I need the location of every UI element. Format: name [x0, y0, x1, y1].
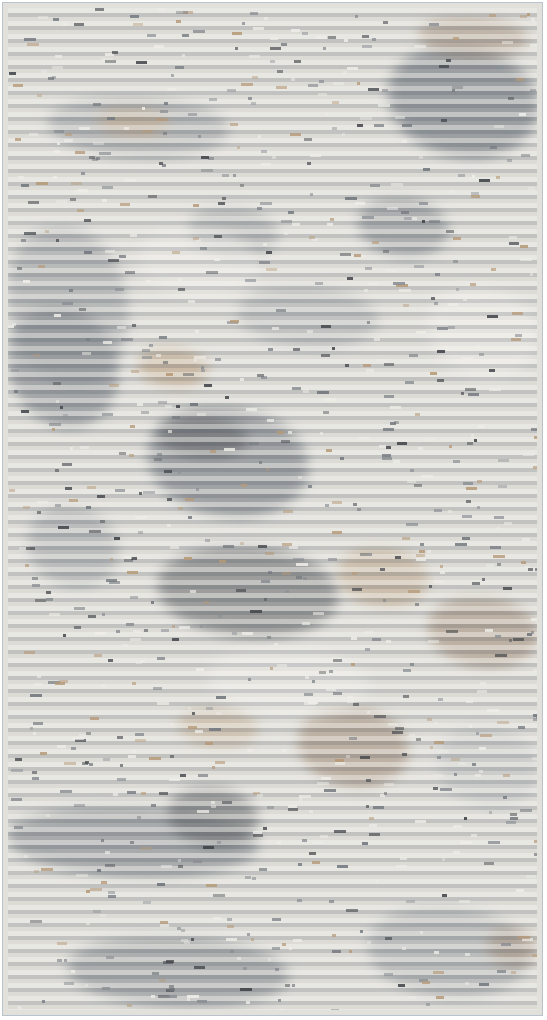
- texture-speck: [86, 732, 91, 735]
- texture-speck: [400, 857, 407, 860]
- texture-speck: [293, 348, 300, 351]
- texture-speck: [157, 453, 162, 456]
- texture-speck: [116, 630, 120, 633]
- texture-speck: [62, 302, 73, 305]
- texture-speck: [38, 16, 48, 19]
- texture-speck: [342, 133, 345, 136]
- texture-speck: [197, 1000, 207, 1003]
- texture-speck: [508, 97, 514, 100]
- texture-speck: [282, 572, 291, 575]
- texture-speck: [275, 968, 279, 971]
- texture-speck: [167, 498, 172, 501]
- texture-speck: [240, 988, 252, 991]
- texture-speck: [421, 475, 433, 478]
- texture-speck: [171, 74, 174, 77]
- texture-speck: [175, 66, 184, 69]
- texture-speck: [470, 283, 476, 286]
- texture-speck: [319, 80, 324, 83]
- texture-speck: [321, 777, 331, 780]
- texture-speck: [349, 737, 357, 740]
- texture-speck: [329, 670, 333, 673]
- texture-speck: [396, 865, 407, 868]
- texture-speck: [74, 804, 85, 807]
- texture-speck: [372, 38, 376, 41]
- texture-speck: [112, 51, 118, 54]
- texture-speck: [346, 755, 350, 758]
- texture-speck: [140, 847, 152, 850]
- texture-speck: [332, 950, 341, 953]
- texture-speck: [188, 726, 197, 729]
- texture-speck: [530, 273, 533, 276]
- texture-speck: [512, 312, 523, 315]
- texture-speck: [251, 938, 254, 941]
- texture-speck: [178, 507, 183, 510]
- texture-speck: [48, 77, 54, 80]
- texture-speck: [323, 411, 329, 414]
- texture-speck: [56, 239, 59, 242]
- texture-speck: [100, 914, 106, 917]
- texture-speck: [56, 400, 59, 403]
- texture-speck: [420, 931, 423, 934]
- texture-speck: [93, 103, 101, 106]
- texture-speck: [393, 460, 400, 463]
- texture-speck: [352, 572, 357, 575]
- texture-speck: [204, 601, 209, 604]
- texture-speck: [465, 388, 476, 391]
- texture-speck: [107, 117, 115, 120]
- texture-speck: [429, 220, 440, 223]
- texture-speck: [362, 216, 374, 219]
- texture-speck: [115, 288, 124, 291]
- texture-speck: [74, 626, 81, 629]
- texture-speck: [426, 1003, 430, 1006]
- texture-speck: [386, 640, 391, 643]
- texture-speck: [516, 889, 524, 892]
- texture-speck: [119, 255, 126, 258]
- texture-speck: [465, 953, 470, 956]
- texture-speck: [391, 183, 403, 186]
- texture-speck: [373, 806, 384, 809]
- texture-speck: [324, 398, 336, 401]
- texture-speck: [347, 277, 353, 280]
- texture-speck: [164, 102, 168, 105]
- texture-speck: [55, 55, 62, 58]
- texture-speck: [77, 209, 84, 212]
- texture-speck: [330, 218, 334, 221]
- texture-speck: [507, 159, 512, 162]
- texture-speck: [308, 84, 318, 87]
- texture-speck: [433, 580, 444, 583]
- texture-speck: [57, 942, 67, 945]
- texture-speck: [232, 32, 242, 35]
- texture-speck: [194, 356, 206, 359]
- texture-speck: [21, 184, 29, 187]
- texture-speck: [263, 243, 267, 246]
- texture-speck: [408, 590, 420, 593]
- texture-speck: [248, 678, 251, 681]
- texture-speck: [506, 821, 516, 824]
- texture-speck: [260, 202, 272, 205]
- texture-speck: [153, 687, 162, 690]
- texture-speck: [422, 981, 430, 984]
- texture-speck: [433, 787, 438, 790]
- texture-speck: [141, 792, 146, 795]
- texture-speck: [197, 413, 206, 416]
- texture-speck: [323, 47, 326, 50]
- texture-speck: [302, 622, 310, 625]
- texture-speck: [24, 38, 36, 41]
- texture-speck: [268, 571, 272, 574]
- texture-speck: [365, 267, 372, 270]
- texture-speck: [169, 988, 175, 991]
- texture-speck: [70, 198, 76, 201]
- texture-speck: [151, 804, 156, 807]
- texture-speck: [30, 727, 33, 730]
- texture-speck: [410, 663, 414, 666]
- texture-speck: [84, 251, 92, 254]
- texture-speck: [211, 801, 215, 804]
- texture-speck: [109, 384, 119, 387]
- texture-speck: [326, 449, 332, 452]
- texture-speck: [166, 373, 173, 376]
- texture-speck: [466, 487, 477, 490]
- texture-speck: [128, 755, 136, 758]
- texture-speck: [489, 388, 501, 391]
- texture-speck: [56, 200, 67, 203]
- texture-speck: [212, 766, 215, 769]
- texture-speck: [209, 728, 221, 731]
- texture-speck: [142, 107, 145, 110]
- texture-speck: [11, 798, 22, 801]
- texture-speck: [455, 543, 467, 546]
- texture-speck: [479, 353, 484, 356]
- texture-speck: [363, 364, 371, 367]
- texture-speck: [479, 770, 483, 773]
- texture-speck: [241, 83, 253, 86]
- texture-speck: [132, 682, 136, 685]
- texture-speck: [464, 817, 467, 820]
- texture-speck: [117, 736, 123, 739]
- texture-speck: [480, 734, 492, 737]
- texture-speck: [533, 466, 537, 469]
- texture-speck: [264, 17, 268, 20]
- texture-speck: [236, 589, 246, 592]
- texture-speck: [178, 865, 183, 868]
- texture-speck: [475, 774, 481, 777]
- texture-speck: [453, 851, 460, 854]
- texture-speck: [277, 841, 281, 844]
- texture-speck: [198, 135, 201, 138]
- texture-speck: [190, 590, 196, 593]
- texture-speck: [531, 18, 535, 21]
- texture-speck: [419, 202, 428, 205]
- texture-speck: [398, 984, 405, 987]
- texture-speck: [291, 78, 295, 81]
- texture-speck: [30, 694, 42, 697]
- texture-speck: [53, 176, 57, 179]
- texture-speck: [316, 36, 328, 39]
- texture-speck: [258, 135, 261, 138]
- texture-speck: [222, 801, 232, 804]
- texture-speck: [528, 568, 533, 571]
- texture-speck: [169, 985, 174, 988]
- texture-speck: [71, 182, 82, 185]
- texture-speck: [213, 917, 222, 920]
- texture-speck: [494, 516, 504, 519]
- texture-speck: [137, 816, 141, 819]
- texture-speck: [89, 156, 95, 159]
- texture-speck: [195, 330, 199, 333]
- texture-speck: [142, 349, 150, 352]
- texture-speck: [369, 824, 377, 827]
- texture-speck: [65, 133, 72, 136]
- texture-speck: [154, 458, 162, 461]
- texture-speck: [425, 438, 435, 441]
- texture-speck: [453, 237, 461, 240]
- texture-speck: [23, 280, 30, 283]
- texture-speck: [289, 947, 292, 950]
- texture-speck: [332, 531, 342, 534]
- texture-speck: [292, 387, 301, 390]
- texture-speck: [415, 413, 420, 416]
- texture-speck: [25, 564, 29, 567]
- texture-speck: [106, 579, 117, 582]
- texture-speck: [237, 957, 241, 960]
- texture-speck: [343, 71, 347, 74]
- texture-speck: [402, 140, 407, 143]
- texture-speck: [176, 20, 181, 23]
- texture-speck: [504, 522, 512, 525]
- texture-speck: [510, 813, 517, 816]
- texture-speck: [41, 868, 53, 871]
- texture-speck: [102, 199, 107, 202]
- texture-speck: [261, 376, 267, 379]
- texture-speck: [89, 530, 101, 533]
- texture-speck: [460, 841, 472, 844]
- texture-speck: [390, 422, 396, 425]
- texture-speck: [345, 364, 349, 367]
- texture-speck: [302, 839, 307, 842]
- texture-speck: [282, 943, 286, 946]
- texture-speck: [172, 625, 175, 628]
- texture-speck: [437, 350, 445, 353]
- texture-speck: [38, 265, 45, 268]
- texture-speck: [270, 60, 275, 63]
- texture-speck: [76, 874, 88, 877]
- texture-speck: [170, 546, 179, 549]
- texture-speck: [321, 354, 330, 357]
- texture-speck: [148, 195, 157, 198]
- texture-speck: [452, 89, 455, 92]
- texture-speck: [30, 920, 42, 923]
- texture-speck: [223, 545, 234, 548]
- texture-speck: [328, 558, 337, 561]
- texture-speck: [375, 879, 378, 882]
- texture-speck: [318, 93, 327, 96]
- texture-speck: [422, 220, 425, 223]
- texture-speck: [333, 692, 342, 695]
- texture-speck: [89, 763, 93, 766]
- texture-speck: [27, 43, 39, 46]
- texture-speck: [101, 839, 104, 842]
- texture-speck: [337, 865, 348, 868]
- texture-speck: [34, 870, 39, 873]
- texture-speck: [308, 701, 318, 704]
- texture-speck: [217, 841, 221, 844]
- texture-speck: [441, 119, 447, 122]
- rug-field: [8, 8, 537, 1010]
- texture-speck: [218, 615, 222, 618]
- texture-speck: [9, 72, 16, 75]
- texture-speck: [497, 721, 509, 724]
- texture-speck: [124, 127, 129, 130]
- texture-speck: [119, 452, 126, 455]
- texture-speck: [37, 511, 41, 514]
- texture-speck: [277, 664, 287, 667]
- texture-speck: [331, 1009, 339, 1010]
- texture-speck: [102, 413, 113, 416]
- texture-speck: [453, 260, 458, 263]
- texture-speck: [509, 639, 512, 642]
- texture-speck: [167, 88, 176, 91]
- texture-speck: [358, 437, 370, 440]
- texture-speck: [430, 372, 437, 375]
- texture-speck: [501, 943, 511, 946]
- texture-speck: [152, 972, 159, 975]
- texture-speck: [522, 538, 530, 541]
- texture-speck: [57, 959, 62, 962]
- texture-speck: [108, 259, 119, 262]
- texture-speck: [451, 758, 460, 761]
- texture-speck: [333, 82, 344, 85]
- texture-speck: [163, 961, 173, 964]
- texture-speck: [536, 329, 537, 332]
- texture-speck: [71, 747, 76, 750]
- texture-speck: [250, 12, 258, 15]
- texture-speck: [159, 162, 163, 165]
- texture-speck: [402, 537, 410, 540]
- texture-speck: [518, 726, 525, 729]
- texture-speck: [200, 247, 207, 250]
- texture-speck: [535, 568, 537, 571]
- texture-speck: [133, 23, 143, 26]
- texture-speck: [110, 558, 113, 561]
- texture-speck: [117, 778, 126, 781]
- texture-speck: [392, 731, 403, 734]
- texture-speck: [214, 258, 220, 261]
- texture-speck: [395, 727, 404, 730]
- texture-speck: [81, 172, 85, 175]
- texture-speck: [197, 810, 209, 813]
- texture-speck: [471, 434, 474, 437]
- texture-speck: [446, 230, 454, 233]
- texture-speck: [130, 15, 139, 18]
- texture-speck: [122, 644, 128, 647]
- texture-speck: [361, 255, 366, 258]
- texture-speck: [253, 831, 262, 834]
- texture-speck: [170, 723, 174, 726]
- texture-speck: [130, 425, 135, 428]
- texture-speck: [495, 654, 507, 657]
- texture-speck: [511, 971, 516, 974]
- texture-speck: [486, 564, 494, 567]
- texture-speck: [179, 626, 190, 629]
- texture-speck: [169, 778, 180, 781]
- texture-speck: [146, 280, 151, 283]
- texture-speck: [117, 326, 126, 329]
- texture-speck: [158, 401, 167, 404]
- texture-speck: [416, 738, 421, 741]
- texture-speck: [402, 124, 412, 127]
- texture-speck: [90, 888, 102, 891]
- texture-speck: [519, 113, 526, 116]
- texture-speck: [216, 696, 226, 699]
- texture-speck: [289, 546, 298, 549]
- texture-speck: [33, 732, 36, 735]
- texture-speck: [157, 702, 169, 705]
- texture-speck: [362, 842, 368, 845]
- texture-speck: [292, 984, 295, 987]
- texture-speck: [120, 203, 130, 206]
- texture-speck: [46, 591, 51, 594]
- texture-speck: [531, 618, 537, 621]
- texture-speck: [24, 855, 28, 858]
- texture-speck: [42, 1000, 45, 1003]
- texture-speck: [369, 833, 380, 836]
- texture-speck: [195, 730, 203, 733]
- texture-speck: [32, 777, 39, 780]
- texture-speck: [291, 29, 300, 32]
- texture-speck: [296, 576, 302, 579]
- texture-speck: [320, 432, 323, 435]
- texture-speck: [15, 138, 21, 141]
- texture-speck: [170, 755, 174, 758]
- texture-speck: [530, 89, 536, 92]
- texture-speck: [490, 546, 501, 549]
- texture-speck: [258, 545, 267, 548]
- texture-speck: [135, 739, 146, 742]
- texture-speck: [250, 610, 262, 613]
- texture-speck: [448, 303, 458, 306]
- texture-speck: [154, 45, 164, 48]
- texture-speck: [503, 774, 510, 777]
- texture-speck: [387, 207, 398, 210]
- texture-speck: [60, 790, 72, 793]
- texture-speck: [192, 712, 195, 715]
- texture-speck: [225, 396, 229, 399]
- texture-speck: [416, 558, 426, 561]
- texture-speck: [65, 487, 72, 490]
- texture-speck: [312, 861, 320, 864]
- texture-speck: [125, 271, 135, 274]
- texture-speck: [132, 324, 136, 327]
- texture-speck: [534, 436, 537, 439]
- texture-speck: [52, 66, 63, 69]
- texture-speck: [266, 268, 277, 271]
- texture-speck: [307, 330, 313, 333]
- texture-speck: [419, 156, 423, 159]
- texture-speck: [242, 632, 253, 635]
- texture-speck: [251, 102, 256, 105]
- texture-speck: [357, 508, 361, 511]
- texture-speck: [335, 762, 345, 765]
- texture-speck: [366, 805, 369, 808]
- texture-speck: [382, 89, 388, 92]
- texture-speck: [302, 32, 308, 35]
- texture-speck: [527, 13, 530, 16]
- texture-speck: [403, 695, 409, 698]
- texture-speck: [62, 463, 72, 466]
